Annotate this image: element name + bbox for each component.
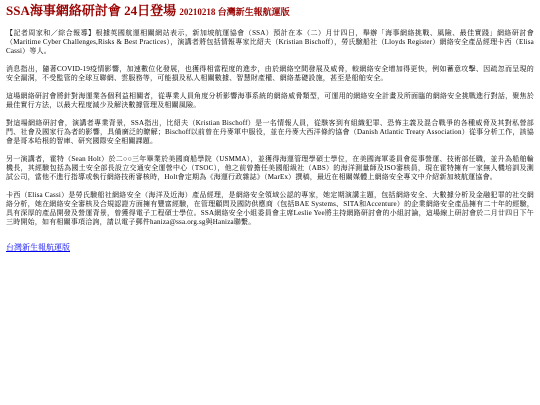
- paragraph-webinar-scope: 這場網絡研討會將針對海運業各個利益相關者，從專業人員角度分析影響海事系統的網絡威…: [6, 92, 534, 110]
- paragraph-speaker-holt: 另一演講者，霍特（Sean Holt）於二○○三年畢業於美國商船學院（USMMA…: [6, 155, 534, 182]
- article-title: SSA海事網絡研討會 24日登場 20210218 台灣新生報航運版: [6, 3, 534, 20]
- article-page: SSA海事網絡研討會 24日登場 20210218 台灣新生報航運版 【記者周家…: [0, 0, 540, 255]
- paragraph-speaker-cassi: 卡西（Elisa Cassi）是勞氏驗船社網絡安全（海洋及近海）產品經理，是網絡…: [6, 191, 534, 227]
- source-section-link[interactable]: 台灣新生報航運版: [6, 243, 70, 252]
- article-dateline: 20210218 台灣新生報航運版: [179, 7, 289, 17]
- article-headline: SSA海事網絡研討會 24日登場: [6, 3, 176, 18]
- paragraph-speaker-bischoff: 對這場網絡研討會，演講者專業背景，SSA指出，比紹夫（Kristian Bisc…: [6, 119, 534, 146]
- paragraph-lead: 【記者周家和／綜合報導】根據英國航運相關網站表示，新加坡航運協會（SSA）預計在…: [6, 29, 534, 56]
- footer: 台灣新生報航運版: [6, 237, 534, 255]
- article-body: 【記者周家和／綜合報導】根據英國航運相關網站表示，新加坡航運協會（SSA）預計在…: [6, 29, 534, 227]
- paragraph-covid-impact: 消息指出，隨著COVID-19疫情影響，加速數位化發展，也獲得相當程度的進步，由…: [6, 65, 534, 83]
